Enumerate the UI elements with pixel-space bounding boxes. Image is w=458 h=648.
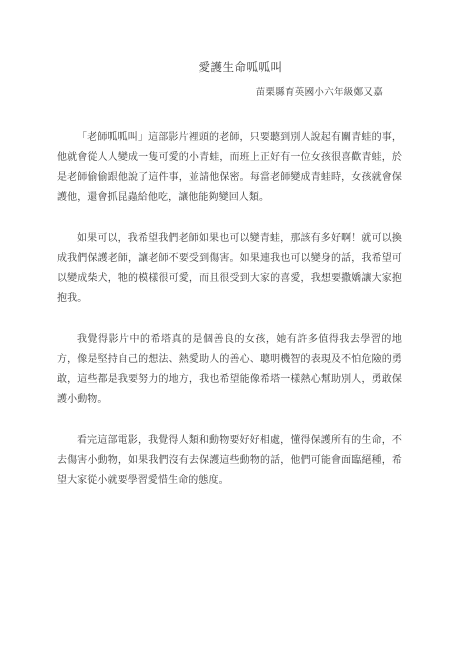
essay-content: 愛護生命呱呱叫 苗栗縣育英國小六年級鄭又嘉 「老師呱呱叫」這部影片裡頭的老師，只… bbox=[57, 60, 402, 512]
essay-author-line: 苗栗縣育英國小六年級鄭又嘉 bbox=[57, 86, 402, 100]
essay-paragraph: 如果可以，我希望我們老師如果也可以變青蛙，那該有多好啊！就可以換成我們保護老師，… bbox=[57, 229, 402, 309]
essay-paragraph: 「老師呱呱叫」這部影片裡頭的老師，只要聽到別人說起有關青蛙的事，他就會從人人變成… bbox=[57, 128, 402, 208]
essay-title: 愛護生命呱呱叫 bbox=[68, 60, 413, 77]
essay-paragraph: 我覺得影片中的希塔真的是個善良的女孩，她有許多值得我去學習的地方，像是堅持自己的… bbox=[57, 330, 402, 410]
document-page: 愛護生命呱呱叫 苗栗縣育英國小六年級鄭又嘉 「老師呱呱叫」這部影片裡頭的老師，只… bbox=[0, 0, 458, 648]
essay-paragraph: 看完這部電影，我覺得人類和動物要好好相處，懂得保護所有的生命，不去傷害小動物，如… bbox=[57, 431, 402, 491]
essay-body: 「老師呱呱叫」這部影片裡頭的老師，只要聽到別人說起有關青蛙的事，他就會從人人變成… bbox=[57, 128, 402, 491]
